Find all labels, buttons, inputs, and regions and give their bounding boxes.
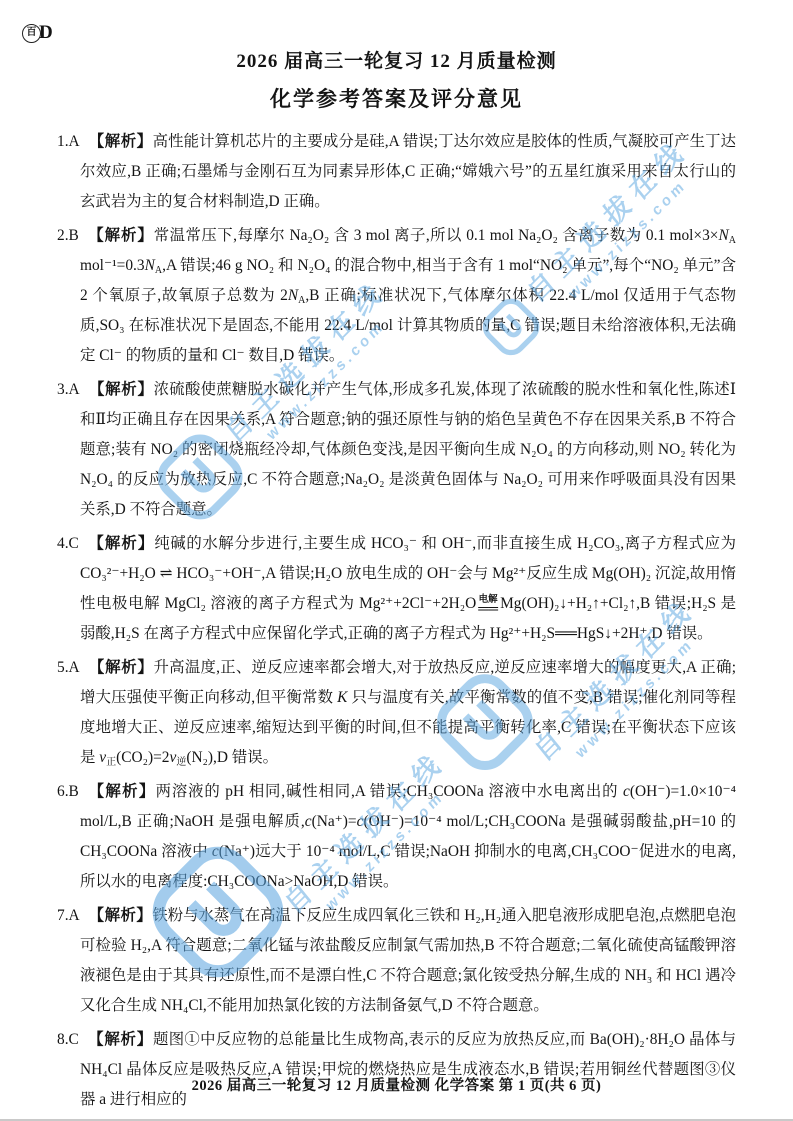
answer-item: 8.C【解析】题图①中反应物的总能量比生成物高,表示的反应为放热反应,而 Ba(… bbox=[57, 1025, 736, 1115]
document-page: 自主选拔在线 www.zizzs.com 自主选拔在线 www.zizzs.co… bbox=[0, 0, 793, 1121]
item-number-answer: 5.A bbox=[57, 659, 80, 676]
answer-item: 3.A【解析】浓硫酸使蔗糖脱水碳化并产生气体,形成多孔炭,体现了浓硫酸的脱水性和… bbox=[57, 375, 736, 525]
analysis-label: 【解析】 bbox=[88, 783, 156, 800]
explanation-text: 高性能计算机芯片的主要成分是硅,A 错误;丁达尔效应是胶体的性质,气凝胶可产生丁… bbox=[80, 133, 736, 210]
answer-item: 1.A【解析】高性能计算机芯片的主要成分是硅,A 错误;丁达尔效应是胶体的性质,… bbox=[57, 127, 736, 217]
page-title: 2026 届高三一轮复习 12 月质量检测 bbox=[0, 46, 793, 73]
item-number-answer: 4.C bbox=[57, 535, 79, 552]
explanation-text: 纯碱的水解分步进行,主要生成 HCO₃⁻ 和 OH⁻,而非直接生成 H₂CO₃,… bbox=[80, 535, 736, 642]
item-number-answer: 2.B bbox=[57, 227, 79, 244]
answer-item: 6.B【解析】两溶液的 pH 相同,碱性相同,A 错误;CH₃COONa 溶液中… bbox=[57, 777, 736, 897]
item-number-answer: 1.A bbox=[57, 133, 80, 150]
analysis-label: 【解析】 bbox=[88, 535, 155, 552]
corner-mark: 百D bbox=[22, 22, 53, 44]
analysis-label: 【解析】 bbox=[89, 381, 154, 398]
analysis-label: 【解析】 bbox=[88, 1031, 153, 1048]
answer-item: 7.A【解析】铁粉与水蒸气在高温下反应生成四氧化三铁和 H₂,H₂通入肥皂液形成… bbox=[57, 901, 736, 1021]
item-number-answer: 3.A bbox=[57, 381, 80, 398]
item-number-answer: 6.B bbox=[57, 783, 79, 800]
explanation-text: 升高温度,正、逆反应速率都会增大,对于放热反应,逆反应速率增大的幅度更大,A 正… bbox=[80, 659, 736, 766]
item-number-answer: 7.A bbox=[57, 907, 80, 924]
corner-letter: D bbox=[39, 22, 53, 44]
answer-list: 1.A【解析】高性能计算机芯片的主要成分是硅,A 错误;丁达尔效应是胶体的性质,… bbox=[57, 127, 736, 1115]
answer-item: 2.B【解析】常温常压下,每摩尔 Na₂O₂ 含 3 mol 离子,所以 0.1… bbox=[57, 221, 736, 371]
explanation-text: 题图①中反应物的总能量比生成物高,表示的反应为放热反应,而 Ba(OH)₂·8H… bbox=[80, 1031, 736, 1108]
explanation-text: 浓硫酸使蔗糖脱水碳化并产生气体,形成多孔炭,体现了浓硫酸的脱水性和氧化性,陈述Ⅰ… bbox=[80, 381, 736, 518]
analysis-label: 【解析】 bbox=[88, 227, 154, 244]
explanation-text: 两溶液的 pH 相同,碱性相同,A 错误;CH₃COONa 溶液中水电离出的 c… bbox=[80, 783, 736, 890]
explanation-text: 铁粉与水蒸气在高温下反应生成四氧化三铁和 H₂,H₂通入肥皂液形成肥皂泡,点燃肥… bbox=[80, 907, 736, 1014]
answer-item: 4.C【解析】纯碱的水解分步进行,主要生成 HCO₃⁻ 和 OH⁻,而非直接生成… bbox=[57, 529, 736, 649]
answer-item: 5.A【解析】升高温度,正、逆反应速率都会增大,对于放热反应,逆反应速率增大的幅… bbox=[57, 653, 736, 773]
explanation-text: 常温常压下,每摩尔 Na₂O₂ 含 3 mol 离子,所以 0.1 mol Na… bbox=[80, 227, 736, 364]
analysis-label: 【解析】 bbox=[89, 907, 153, 924]
item-number-answer: 8.C bbox=[57, 1031, 79, 1048]
page-footer: 2026 届高三一轮复习 12 月质量检测 化学答案 第 1 页(共 6 页) bbox=[0, 1074, 793, 1095]
analysis-label: 【解析】 bbox=[89, 659, 154, 676]
analysis-label: 【解析】 bbox=[89, 133, 153, 150]
page-subtitle: 化学参考答案及评分意见 bbox=[0, 83, 793, 113]
